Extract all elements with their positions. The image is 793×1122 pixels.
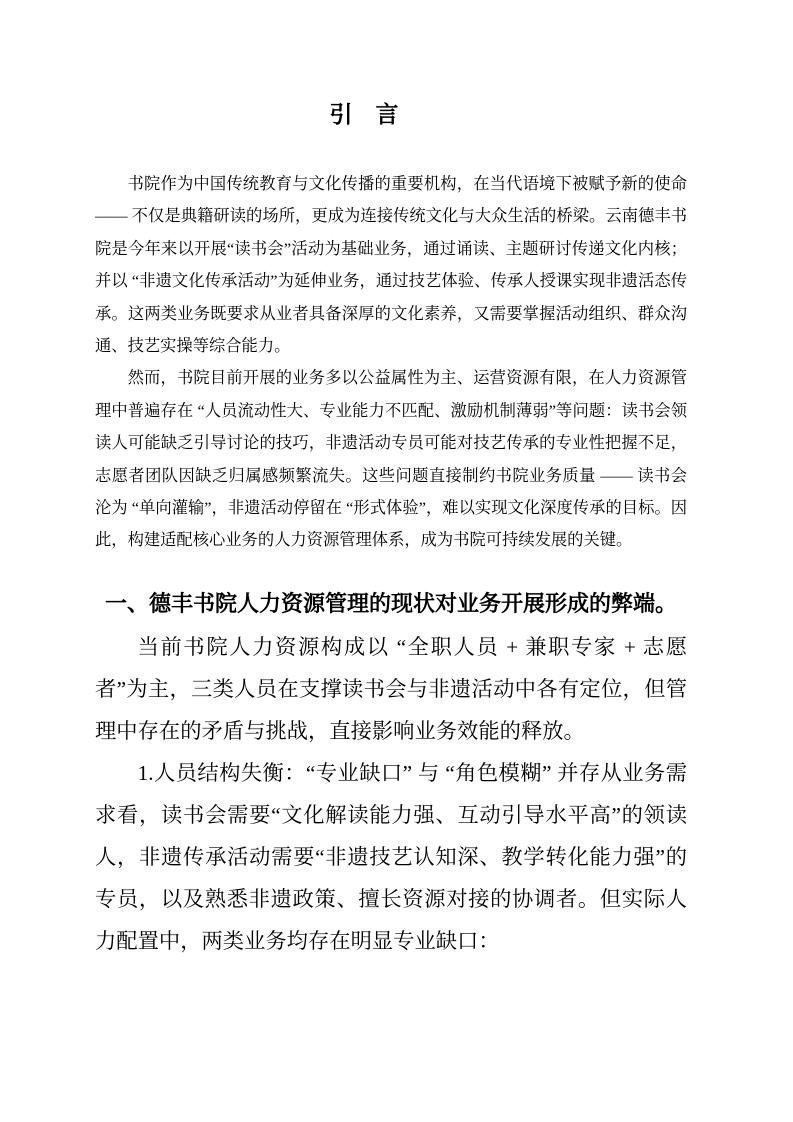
section-paragraph-2: 1.人员结构失衡：“专业缺口” 与 “角色模糊” 并存从业务需求看，读书会需要“…: [95, 752, 687, 962]
document-page: 引 言 书院作为中国传统教育与文化传播的重要机构，在当代语境下被赋予新的使命 —…: [0, 0, 793, 1122]
document-title: 引 言: [68, 96, 660, 134]
section-paragraph-1: 当前书院人力资源构成以 “全职人员 + 兼职专家 + 志愿者”为主，三类人员在支…: [95, 626, 687, 752]
intro-paragraph-2: 然而，书院目前开展的业务多以公益属性为主、运营资源有限，在人力资源管理中普遍存在…: [95, 362, 687, 556]
section-heading: 一、德丰书院人力资源管理的现状对业务开展形成的弊端。: [95, 584, 687, 626]
intro-paragraph-1: 书院作为中国传统教育与文化传播的重要机构，在当代语境下被赋予新的使命 —— 不仅…: [95, 168, 687, 362]
document-content: 引 言 书院作为中国传统教育与文化传播的重要机构，在当代语境下被赋予新的使命 —…: [95, 0, 687, 962]
